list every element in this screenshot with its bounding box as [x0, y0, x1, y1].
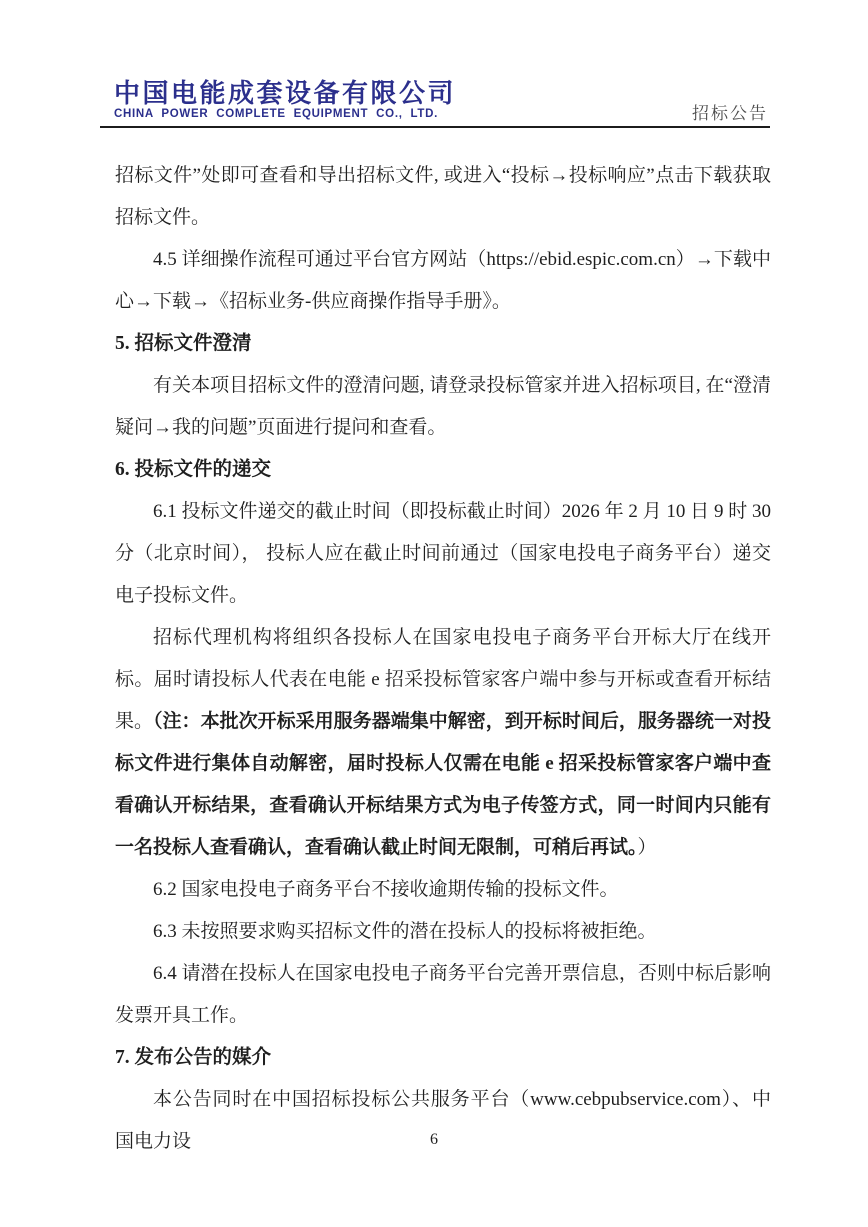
- document-page: 中国电能成套设备有限公司 CHINA POWER COMPLETE EQUIPM…: [0, 0, 868, 1227]
- paragraph: 6.4 请潜在投标人在国家电投电子商务平台完善开票信息，否则中标后影响发票开具工…: [115, 953, 771, 1037]
- paragraph: 招标代理机构将组织各投标人在国家电投电子商务平台开标大厅在线开标。届时请投标人代…: [115, 617, 771, 869]
- company-name-en: CHINA POWER COMPLETE EQUIPMENT CO., LTD.: [114, 108, 456, 120]
- paragraph: 6.3 未按照要求购买招标文件的潜在投标人的投标将被拒绝。: [115, 911, 771, 953]
- page-header: 中国电能成套设备有限公司 CHINA POWER COMPLETE EQUIPM…: [100, 0, 770, 128]
- paragraph-text: ）: [638, 837, 657, 858]
- paragraph: 有关本项目招标文件的澄清问题, 请登录投标管家并进入招标项目, 在“澄清疑问→我…: [115, 365, 771, 449]
- paragraph-text: 6.2 国家电投电子商务平台不接收逾期传输的投标文件。: [153, 879, 619, 900]
- page-footer: 6: [0, 1131, 868, 1149]
- paragraph-text: 有关本项目招标文件的澄清问题, 请登录投标管家并进入招标项目, 在“澄清疑问→我…: [115, 375, 771, 438]
- paragraph: 招标文件”处即可查看和导出招标文件, 或进入“投标→投标响应”点击下载获取招标文…: [115, 155, 771, 239]
- bold-note-text: （注：本批次开标采用服务器端集中解密，到开标时间后，服务器统一对投标文件进行集体…: [115, 711, 771, 858]
- paragraph: 本公告同时在中国招标投标公共服务平台（www.cebpubservice.com…: [115, 1079, 771, 1163]
- paragraph-text: 6.1 投标文件递交的截止时间（即投标截止时间）2026 年 2 月 10 日 …: [115, 501, 771, 606]
- bold-note-text: 7. 发布公告的媒介: [115, 1047, 271, 1068]
- company-name-cn: 中国电能成套设备有限公司: [114, 80, 456, 107]
- bold-note-text: 6. 投标文件的递交: [115, 459, 271, 480]
- paragraph: 4.5 详细操作流程可通过平台官方网站（https://ebid.espic.c…: [115, 239, 771, 323]
- paragraph-text: 4.5 详细操作流程可通过平台官方网站（https://ebid.espic.c…: [115, 249, 771, 312]
- company-logo: 中国电能成套设备有限公司 CHINA POWER COMPLETE EQUIPM…: [114, 80, 456, 120]
- section-heading: 6. 投标文件的递交: [115, 449, 771, 491]
- section-heading: 5. 招标文件澄清: [115, 323, 771, 365]
- page-number: 6: [430, 1131, 438, 1148]
- paragraph: 6.1 投标文件递交的截止时间（即投标截止时间）2026 年 2 月 10 日 …: [115, 491, 771, 617]
- paragraph-text: 招标文件”处即可查看和导出招标文件, 或进入“投标→投标响应”点击下载获取招标文…: [115, 165, 771, 228]
- doc-type-label: 招标公告: [692, 99, 768, 124]
- paragraph: 6.2 国家电投电子商务平台不接收逾期传输的投标文件。: [115, 869, 771, 911]
- document-body: 招标文件”处即可查看和导出招标文件, 或进入“投标→投标响应”点击下载获取招标文…: [115, 134, 771, 1163]
- section-heading: 7. 发布公告的媒介: [115, 1037, 771, 1079]
- paragraph-text: 6.3 未按照要求购买招标文件的潜在投标人的投标将被拒绝。: [153, 921, 657, 942]
- bold-note-text: 5. 招标文件澄清: [115, 333, 252, 354]
- paragraph-text: 6.4 请潜在投标人在国家电投电子商务平台完善开票信息，否则中标后影响发票开具工…: [115, 963, 771, 1026]
